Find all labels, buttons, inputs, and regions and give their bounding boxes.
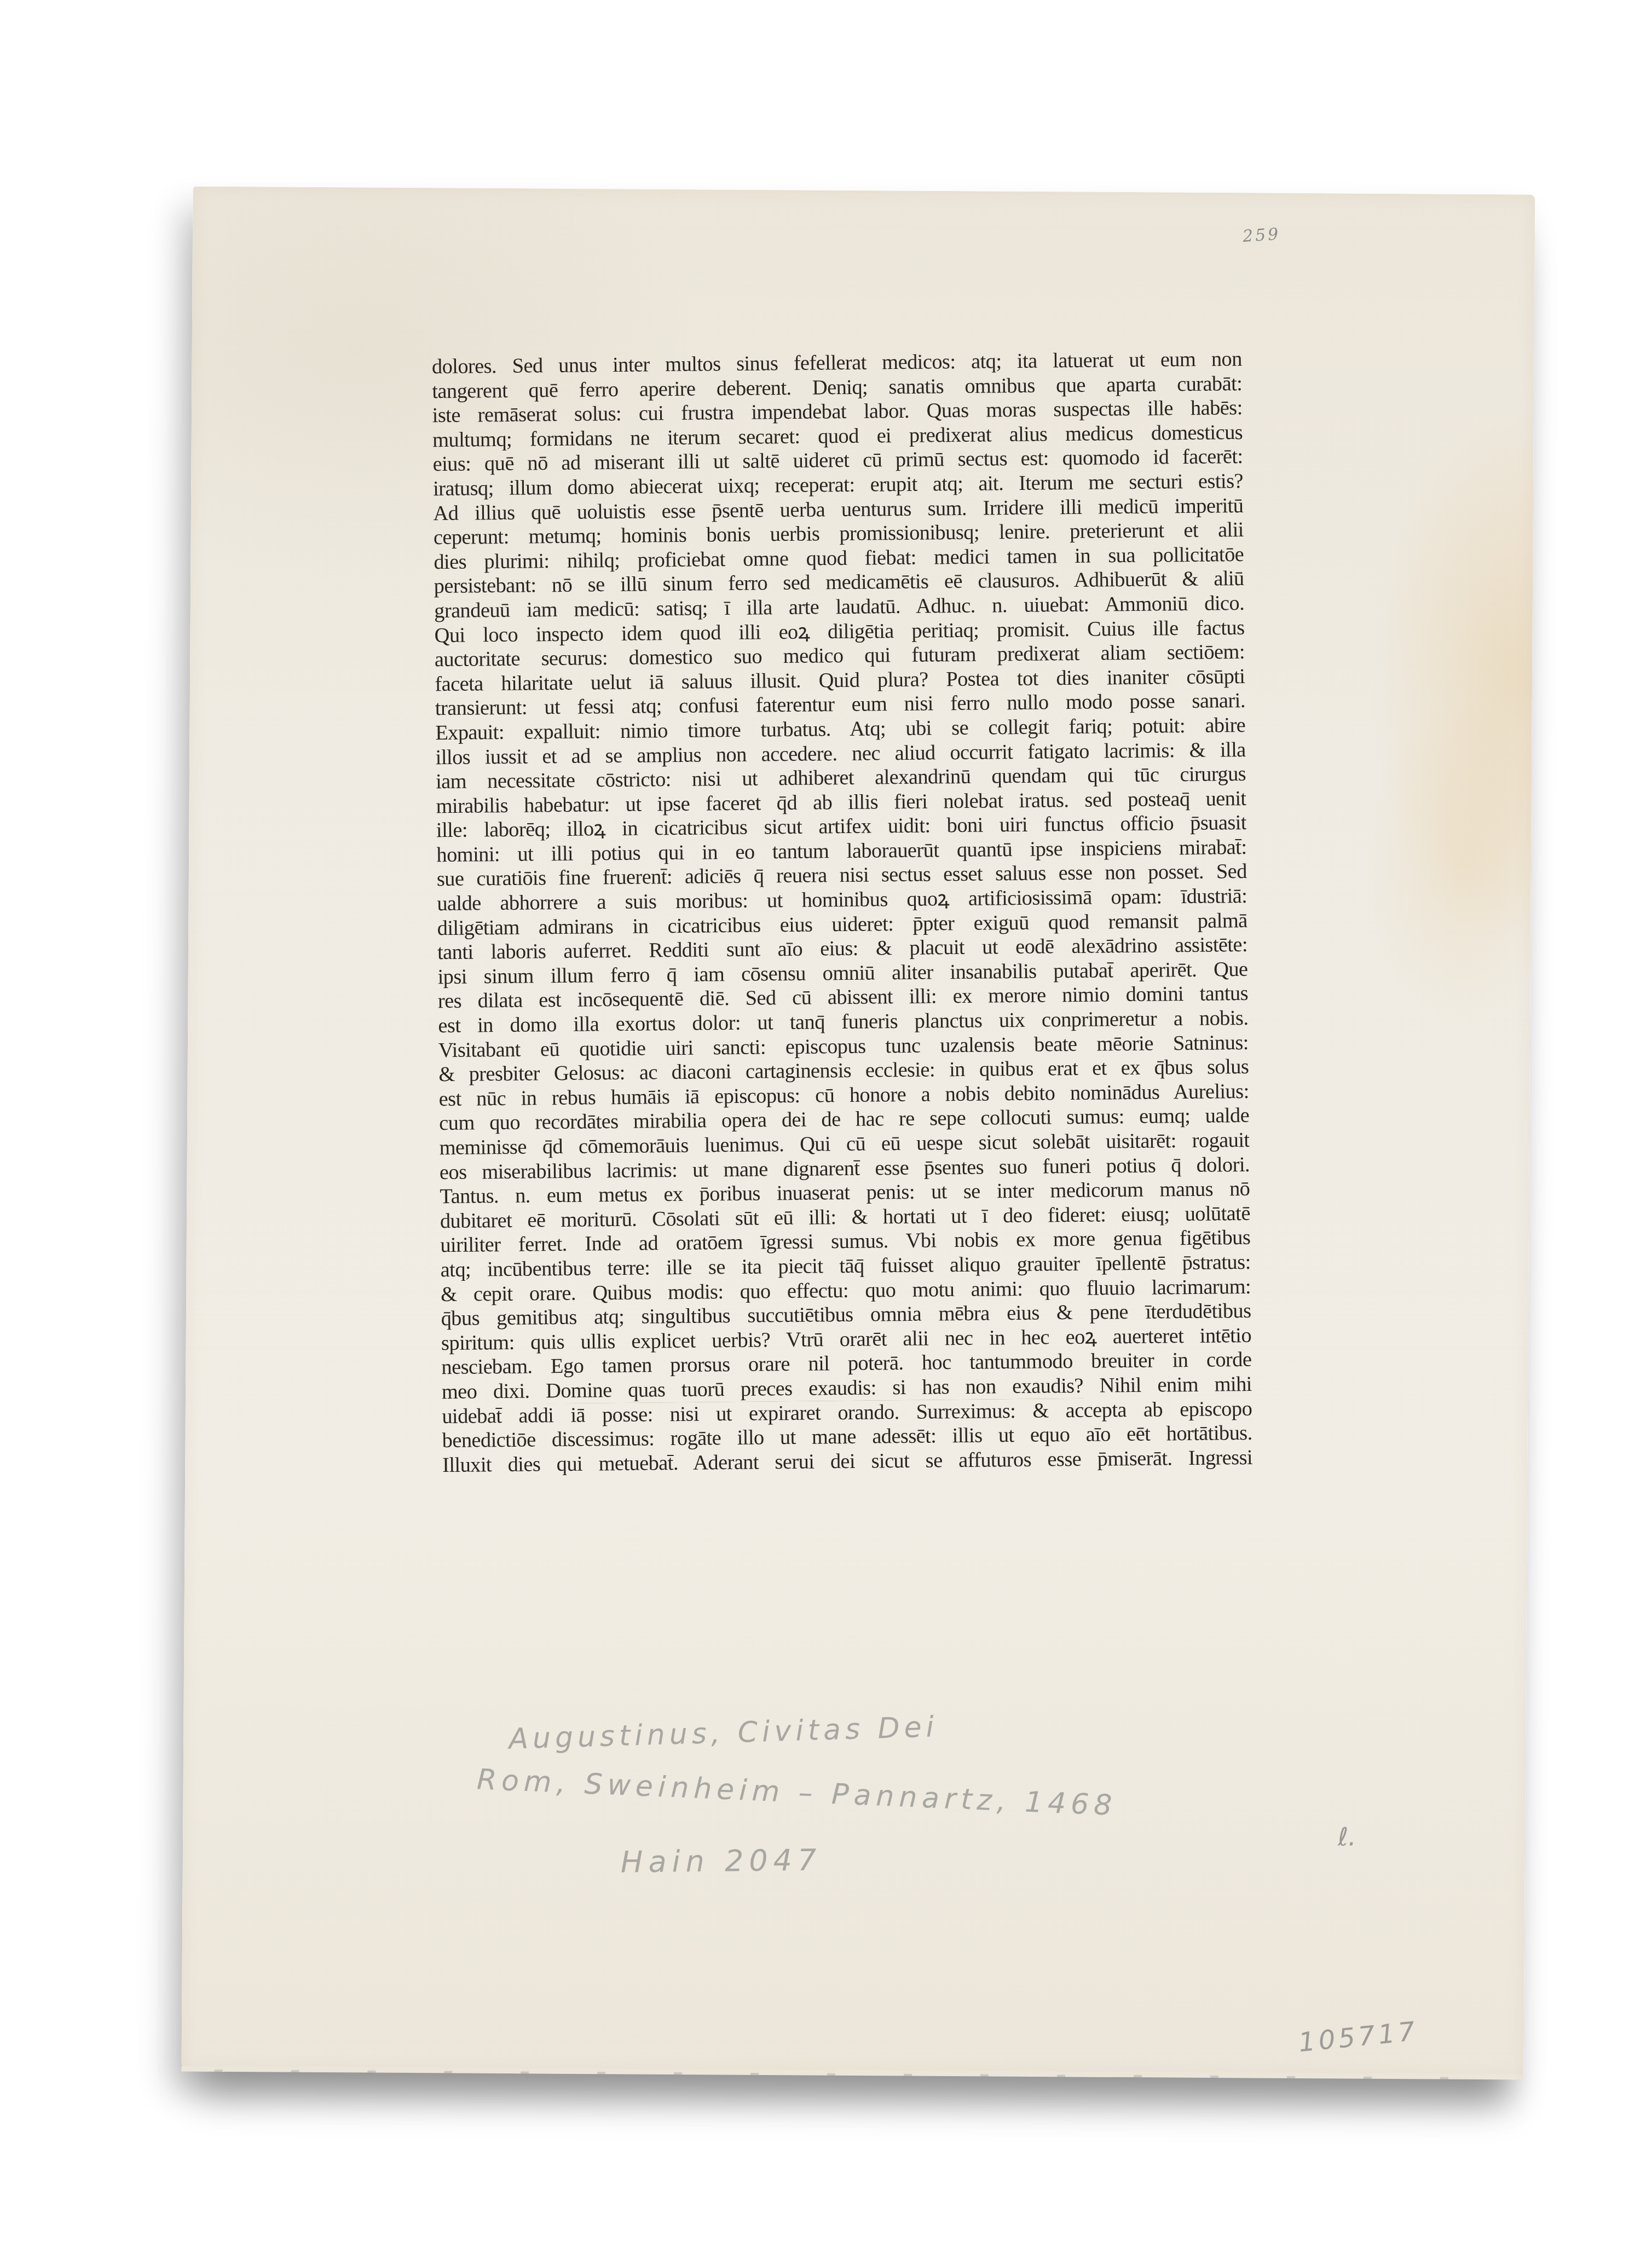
- folio-number: 259: [1242, 224, 1281, 246]
- pencil-note-title: Augustinus, Civitas Dei: [509, 1711, 939, 1756]
- paper-leaf: 259 dolores. Sed unus inter multos sinus…: [182, 187, 1535, 2078]
- deckle-edge: [181, 2066, 1523, 2079]
- pencil-note-mark: ℓ.: [1338, 1822, 1356, 1851]
- printed-text-block: dolores. Sed unus inter multos sinus fef…: [432, 347, 1253, 1477]
- pencil-note-reference: Hain 2047: [621, 1842, 822, 1879]
- pencil-note-accession-number: 105717: [1297, 2016, 1420, 2058]
- pencil-note-imprint: Rom, Sweinheim – Pannartz, 1468: [476, 1763, 1118, 1822]
